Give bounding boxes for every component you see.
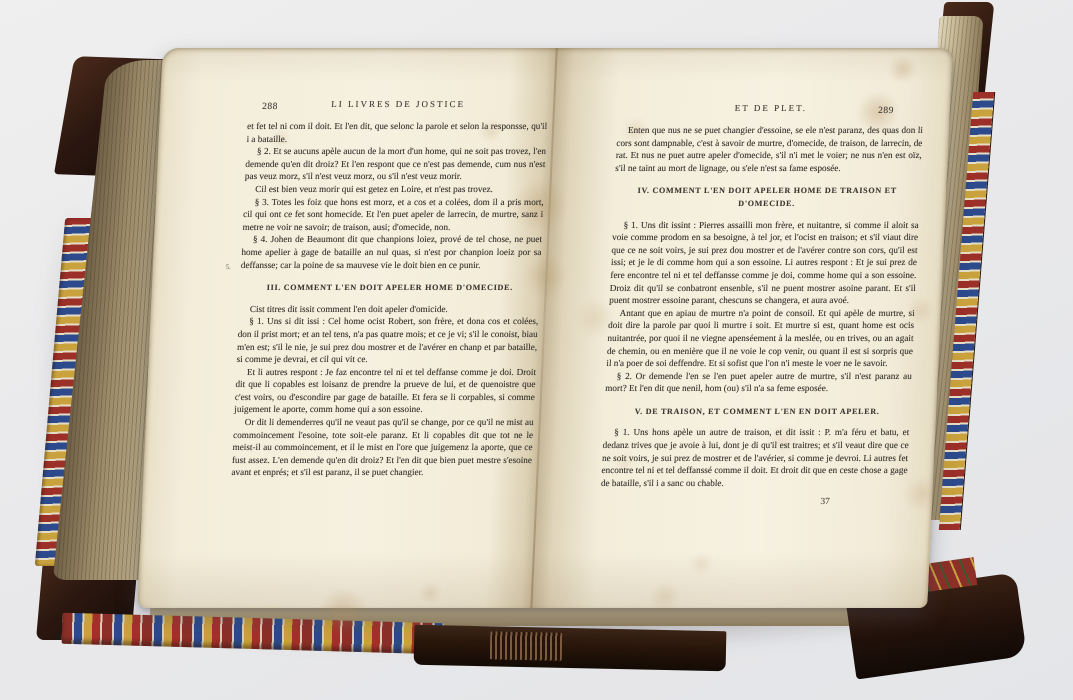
left-page-header: 288 LI LIVRES DE JOSTICE bbox=[248, 98, 549, 114]
book-photo: 288 LI LIVRES DE JOSTICE 5. et fet tel n… bbox=[0, 0, 1073, 700]
paragraph: Cil est bien veuz morir qui est getez en… bbox=[244, 183, 545, 196]
paragraph: § 4. Johen de Beaumont dit que chanpions… bbox=[241, 233, 543, 271]
left-page-number: 288 bbox=[262, 101, 278, 114]
open-page-spread: 288 LI LIVRES DE JOSTICE 5. et fet tel n… bbox=[137, 48, 952, 608]
spine-raised-bands bbox=[490, 631, 563, 661]
paragraph: § 3. Totes les foiz que hons est morz, e… bbox=[242, 196, 544, 234]
foxing-stain bbox=[886, 56, 919, 82]
left-page: 288 LI LIVRES DE JOSTICE 5. et fet tel n… bbox=[231, 98, 548, 479]
paragraph: § 1. Uns si dit issi : Cel home ocist Ro… bbox=[236, 315, 538, 365]
foxing-stain bbox=[687, 553, 716, 575]
book-spine bbox=[414, 625, 727, 672]
section-heading: V. DE TRAISON, ET COMMENT L'EN EN DOIT A… bbox=[606, 406, 909, 419]
left-running-title: LI LIVRES DE JOSTICE bbox=[248, 98, 549, 111]
paragraph: Cist titres dit issit comment l'en doit … bbox=[239, 303, 540, 316]
signature-mark: 37 bbox=[600, 496, 907, 509]
paragraph: § 1. Uns dit issint : Pierres assailli m… bbox=[609, 219, 919, 307]
paragraph: Antant que en apiau de murtre n'a point … bbox=[606, 307, 915, 370]
paragraph: § 2. Or demende l'en se l'en puet apeler… bbox=[605, 370, 912, 395]
section-heading: III. COMMENT L'EN DOIT APELER HOME D'OME… bbox=[242, 282, 539, 295]
right-page: ET DE PLET. 289 Enten que nus ne se puet… bbox=[600, 102, 924, 509]
paragraph: § 1. Uns hons apèle un autre de traison,… bbox=[601, 426, 910, 489]
paragraph: Enten que nus ne se puet changier d'esso… bbox=[615, 124, 923, 174]
foxing-stain bbox=[418, 583, 443, 603]
paragraph: Or dit li demenderres qu'il ne veaut pas… bbox=[231, 416, 534, 479]
right-page-number: 289 bbox=[878, 105, 894, 118]
margin-mark: 5. bbox=[225, 261, 231, 274]
section-heading: IV. COMMENT L'EN DOIT APELER HOME DE TRA… bbox=[615, 185, 918, 210]
right-page-header: ET DE PLET. 289 bbox=[618, 102, 925, 118]
paragraph: et fet tel ni com il doit. Et l'en dit, … bbox=[246, 120, 547, 145]
paragraph: § 2. Et se aucuns apèle aucun de la mort… bbox=[245, 145, 547, 183]
foxing-stain bbox=[647, 583, 682, 611]
paragraph: Et li autres respont : Je faz encontre t… bbox=[234, 366, 536, 416]
